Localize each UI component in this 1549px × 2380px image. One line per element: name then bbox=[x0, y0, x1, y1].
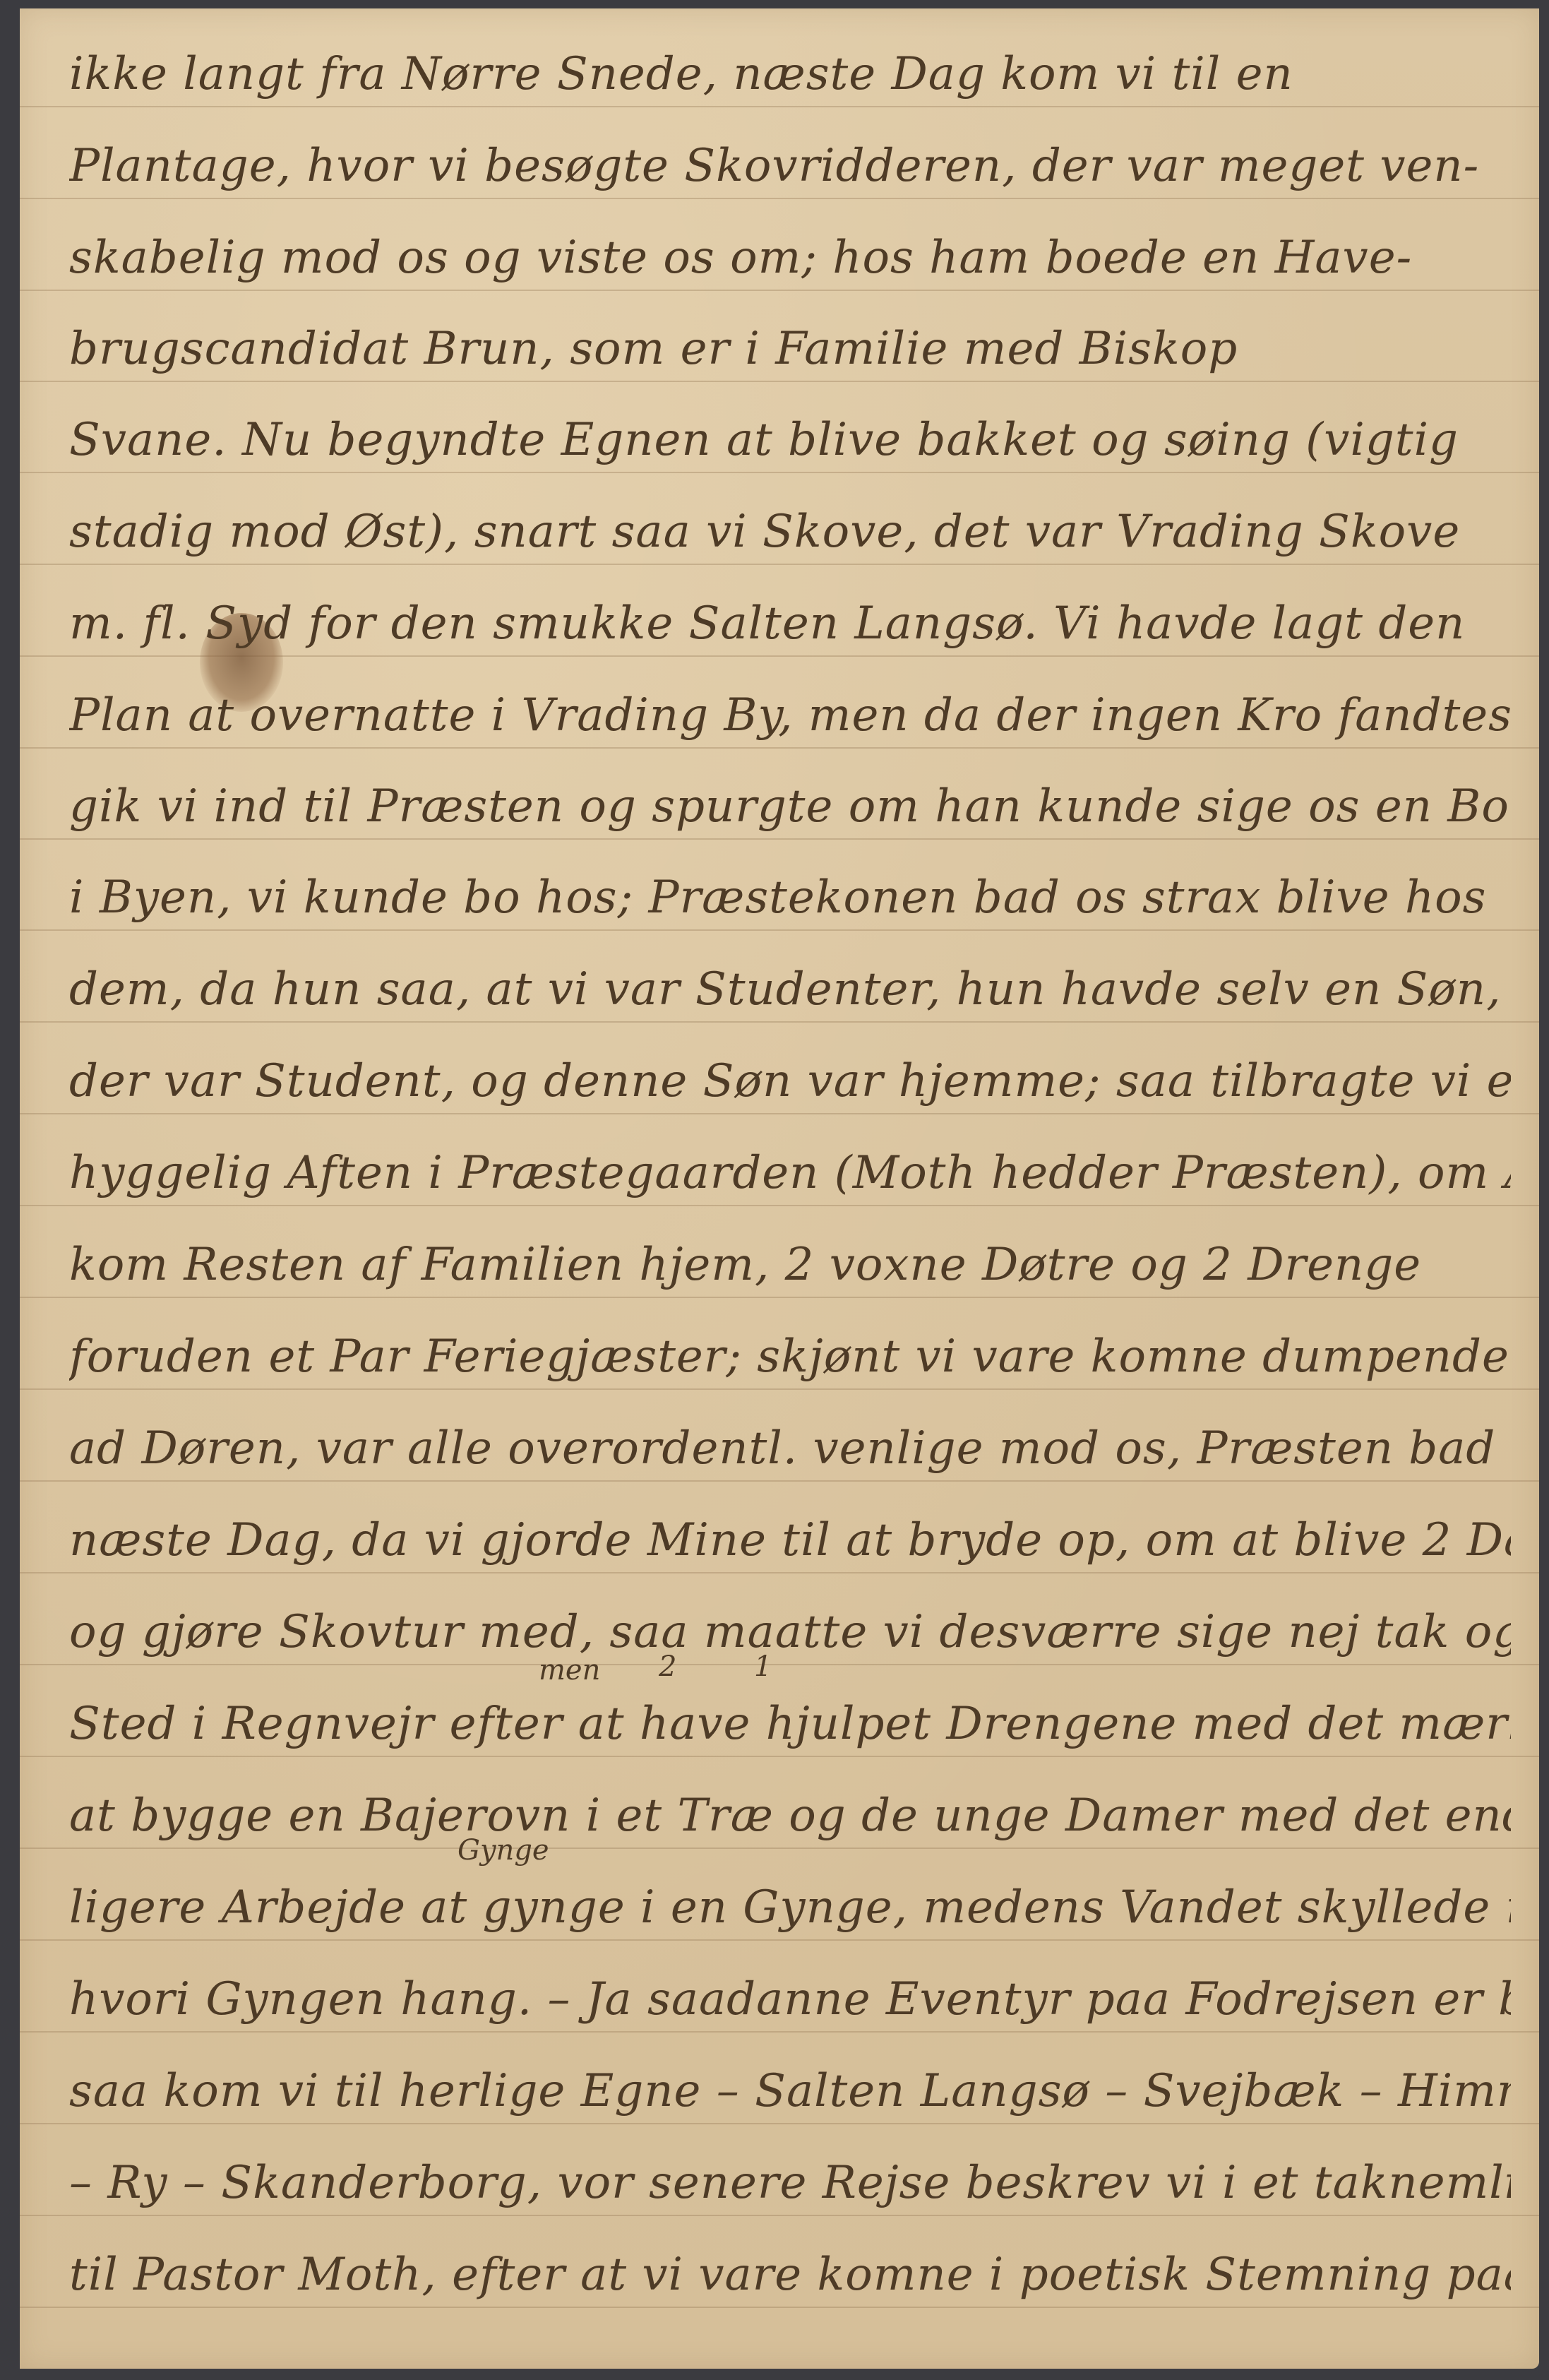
text-line-4: brugscandidat Brun, som er i Familie med… bbox=[69, 317, 1511, 385]
text-line-18: og gjøre Skovtur med, saa maatte vi desv… bbox=[69, 1600, 1511, 1668]
text-line-11: dem, da hun saa, at vi var Studenter, hu… bbox=[69, 958, 1511, 1025]
text-line-2: Plantage, hvor vi besøgte Skovridderen, … bbox=[69, 134, 1511, 202]
text-line-8: Plan at overnatte i Vrading By, men da d… bbox=[69, 684, 1511, 751]
text-line-3: skabelig mod os og viste os om; hos ham … bbox=[69, 226, 1511, 294]
text-line-7: m. fl. Syd for den smukke Salten Langsø.… bbox=[69, 592, 1511, 660]
text-line-13: hyggelig Aften i Præstegaarden (Moth hed… bbox=[69, 1141, 1511, 1209]
interlinear-note-2: 2 bbox=[659, 1650, 676, 1683]
text-line-19: Sted i Regnvejr efter at have hjulpet Dr… bbox=[69, 1692, 1511, 1760]
text-line-12: der var Student, og denne Søn var hjemme… bbox=[69, 1049, 1511, 1117]
text-line-15: foruden et Par Feriegjæster; skjønt vi v… bbox=[69, 1325, 1511, 1393]
text-line-20: at bygge en Bajerovn i et Træ og de unge… bbox=[69, 1784, 1511, 1852]
text-line-14: kom Resten af Familien hjem, 2 voxne Døt… bbox=[69, 1233, 1511, 1301]
text-line-24: – Ry – Skanderborg, vor senere Rejse bes… bbox=[69, 2151, 1511, 2219]
text-line-9: gik vi ind til Præsten og spurgte om han… bbox=[69, 775, 1511, 843]
text-line-17: næste Dag, da vi gjorde Mine til at bryd… bbox=[69, 1509, 1511, 1576]
interlinear-note-1: 1 bbox=[754, 1650, 772, 1683]
interlinear-note-gynge: Gynge bbox=[457, 1834, 549, 1867]
text-line-5: Svane. Nu begyndte Egnen at blive bakket… bbox=[69, 408, 1511, 476]
text-line-6: stadig mod Øst), snart saa vi Skove, det… bbox=[69, 500, 1511, 568]
text-line-25: til Pastor Moth, efter at vi vare komne … bbox=[69, 2243, 1511, 2311]
letter-page: ikke langt fra Nørre Snede, næste Dag ko… bbox=[20, 8, 1539, 2369]
text-line-10: i Byen, vi kunde bo hos; Præstekonen bad… bbox=[69, 866, 1511, 934]
text-line-16: ad Døren, var alle overordentl. venlige … bbox=[69, 1417, 1511, 1484]
interlinear-note-men: men bbox=[539, 1654, 600, 1686]
text-line-23: saa kom vi til herlige Egne – Salten Lan… bbox=[69, 2059, 1511, 2127]
text-line-1: ikke langt fra Nørre Snede, næste Dag ko… bbox=[69, 42, 1511, 110]
text-line-22: hvori Gyngen hang. – Ja saadanne Eventyr… bbox=[69, 1968, 1511, 2035]
text-line-21: ligere Arbejde at gynge i en Gynge, mede… bbox=[69, 1876, 1511, 1944]
